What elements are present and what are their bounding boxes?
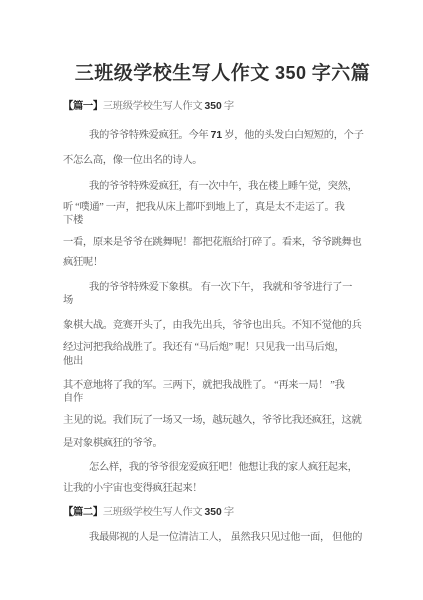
- essay-line-number: 71: [211, 130, 222, 141]
- essay-line: 我最郧视的人是一位清洁工人， 虽然我只见过他一面， 但他的: [89, 531, 362, 544]
- essay-line: 经过河把我给战胜了。我还有 “马后炮” 呢！只见我一出马后炮，: [63, 341, 344, 354]
- page-title-text: 三班级学校生写人作文: [75, 63, 275, 84]
- essay-line: 其不意地将了我的军。三两下，就把我战胜了。 “再来一局！ ”我: [63, 379, 344, 392]
- essay-line-text: 我的爷爷特殊爱疯狂。今年: [89, 130, 211, 141]
- essay-line: 不怎么高，像一位出名的诗人。: [63, 154, 202, 167]
- essay-line: 象棋大战。竞赛开头了，由我先出兵，爷爷也出兵。不知不觉他的兵: [63, 319, 361, 332]
- section-1-heading-text: 三班级学校生写人作文: [103, 101, 205, 112]
- essay-line-remnant: 他出: [63, 355, 83, 368]
- essay-line: 是对象棋疯狂的爷爷。: [63, 437, 162, 450]
- essay-line: 我的爷爷特殊爱下象棋。 有一次下午， 我就和爷爷进行了一: [89, 281, 352, 294]
- document-page: 三班级学校生写人作文 350 字六篇 【篇一】三班级学校生写人作文 350 字 …: [0, 0, 423, 600]
- essay-line: 疯狂呢！: [63, 256, 103, 269]
- section-2-bracket: 【篇二】: [63, 507, 103, 518]
- essay-line: 我的爷爷特殊爱疯狂，有一次中午，我在楼上睡午觉，突然，: [89, 180, 358, 193]
- section-2-heading-text: 三班级学校生写人作文: [103, 507, 205, 518]
- section-1-bracket: 【篇一】: [63, 101, 103, 112]
- section-2-heading-number: 350: [205, 507, 222, 518]
- essay-line: 主见的说。我们玩了一场又一场，越玩越久，爷爷比我还疯狂，这就: [63, 414, 361, 427]
- section-1-heading-suffix: 字: [222, 101, 234, 112]
- page-title: 三班级学校生写人作文 350 字六篇: [0, 58, 423, 85]
- essay-line-remnant: 下楼: [63, 214, 83, 227]
- section-2-heading: 【篇二】三班级学校生写人作文 350 字: [63, 506, 234, 519]
- essay-line: 让我的小宇宙也变得疯狂起来！: [63, 482, 202, 495]
- essay-line-remnant: 自作: [63, 392, 83, 405]
- essay-line: 一看，原来是爷爷在跳舞呢！都把花瓶给打碎了。看来，爷爷跳舞也: [63, 236, 361, 249]
- essay-line: 听 “噗通” 一声，把我从床上都吓到地上了，真是太不走运了。我: [63, 201, 344, 214]
- section-2-heading-suffix: 字: [222, 507, 234, 518]
- essay-line: 怎么样，我的爷爷很宠爱疯狂吧！他想让我的家人疯狂起来，: [89, 461, 358, 474]
- section-1-heading-number: 350: [205, 101, 222, 112]
- essay-line-text: 岁，他的头发白白短短的，个子: [222, 130, 363, 141]
- page-title-number: 350: [275, 63, 307, 83]
- section-1-heading: 【篇一】三班级学校生写人作文 350 字: [63, 100, 234, 113]
- essay-line-remnant: 场: [63, 294, 73, 307]
- essay-line: 我的爷爷特殊爱疯狂。今年 71 岁，他的头发白白短短的，个子: [89, 129, 364, 142]
- page-title-suffix: 字六篇: [307, 63, 371, 84]
